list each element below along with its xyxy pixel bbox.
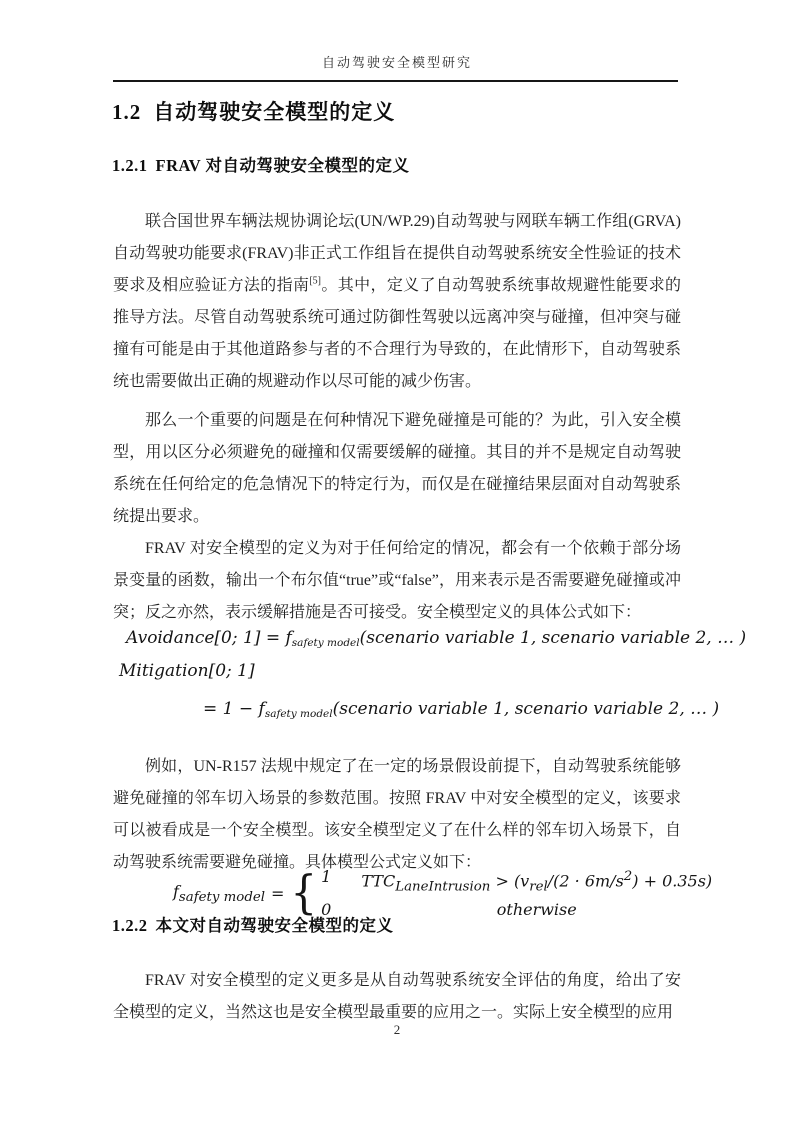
formula-avoidance: Avoidance[0; 1] = fsafety model(scenario…	[126, 628, 746, 648]
section-heading: 1.2 自动驾驶安全模型的定义	[112, 96, 395, 126]
paragraph-frav-intro: 联合国世界车辆法规协调论坛(UN/WP.29)自动驾驶与网联车辆工作组(GRVA…	[113, 206, 681, 398]
header-divider	[113, 80, 678, 82]
paragraph-text: FRAV 对安全模型的定义更多是从自动驾驶系统安全评估的角度，给出了安全模型的定…	[113, 972, 681, 1021]
formula-text: Avoidance[0; 1] = f	[126, 628, 292, 648]
citation-ref-5: [5]	[309, 276, 321, 287]
formula-text: = 1 − f	[203, 699, 265, 719]
formula-subscript: LaneIntrusion	[395, 880, 490, 895]
cases-brace: {	[290, 871, 317, 916]
section-title: 自动驾驶安全模型的定义	[153, 96, 395, 126]
formula-superscript: 2	[624, 869, 632, 884]
paragraph-frav-definition: FRAV 对安全模型的定义为对于任何给定的情况，都会有一个依赖于部分场景变量的函…	[113, 533, 681, 629]
paragraph-unr157-example: 例如，UN-R157 法规中规定了在一定的场景假设前提下，自动驾驶系统能够避免碰…	[113, 751, 681, 879]
subsection-heading-121: 1.2.1 FRAV 对自动驾驶安全模型的定义	[112, 152, 410, 176]
paragraph-own-definition: FRAV 对安全模型的定义更多是从自动驾驶系统安全评估的角度，给出了安全模型的定…	[113, 965, 681, 1029]
formula-mitigation-lhs: Mitigation[0; 1]	[119, 661, 255, 681]
formula-text: TTC	[361, 871, 395, 890]
subsection-title: FRAV 对自动驾驶安全模型的定义	[156, 152, 410, 176]
formula-subscript: safety model	[265, 708, 333, 720]
case1-condition: TTCLaneIntrusion > (vrel/(2 · 6m/s2) + 0…	[361, 866, 712, 899]
paragraph-text: 那么一个重要的问题是在何种情况下避免碰撞是可能的？为此，引入安全模型，用以区分必…	[113, 412, 681, 525]
running-header: 自动驾驶安全模型研究	[0, 52, 794, 71]
formula-text: ) + 0.35s)	[632, 871, 712, 890]
equals-sign: =	[271, 884, 284, 903]
paragraph-text: FRAV 对安全模型的定义为对于任何给定的情况，都会有一个依赖于部分场景变量的函…	[113, 540, 681, 621]
page-number: 2	[0, 1022, 794, 1038]
formula-lhs: fsafety model	[173, 882, 265, 905]
section-number: 1.2	[112, 100, 141, 125]
formula-text: (scenario variable 1, scenario variable …	[360, 628, 747, 648]
subsection-number: 1.2.2	[112, 916, 148, 936]
document-page: 自动驾驶安全模型研究 1.2 自动驾驶安全模型的定义 1.2.1 FRAV 对自…	[0, 0, 794, 1123]
subsection-title: 本文对自动驾驶安全模型的定义	[156, 912, 394, 936]
formula-mitigation-rhs: = 1 − fsafety model(scenario variable 1,…	[203, 699, 719, 719]
paragraph-safety-model-purpose: 那么一个重要的问题是在何种情况下避免碰撞是可能的？为此，引入安全模型，用以区分必…	[113, 405, 681, 533]
formula-text: Mitigation[0; 1]	[119, 661, 255, 681]
formula-subscript: rel	[529, 880, 548, 895]
case1-value: 1	[321, 866, 331, 899]
case2-condition: otherwise	[361, 899, 712, 921]
formula-text: > (v	[490, 871, 529, 890]
paragraph-text: 例如，UN-R157 法规中规定了在一定的场景假设前提下，自动驾驶系统能够避免碰…	[113, 758, 681, 871]
formula-text: /(2 · 6m/s	[548, 871, 624, 890]
subsection-number: 1.2.1	[112, 156, 148, 176]
formula-subscript: safety model	[292, 637, 360, 649]
formula-subscript: safety model	[179, 890, 265, 905]
subsection-heading-122: 1.2.2 本文对自动驾驶安全模型的定义	[112, 912, 394, 936]
formula-text: (scenario variable 1, scenario variable …	[333, 699, 720, 719]
